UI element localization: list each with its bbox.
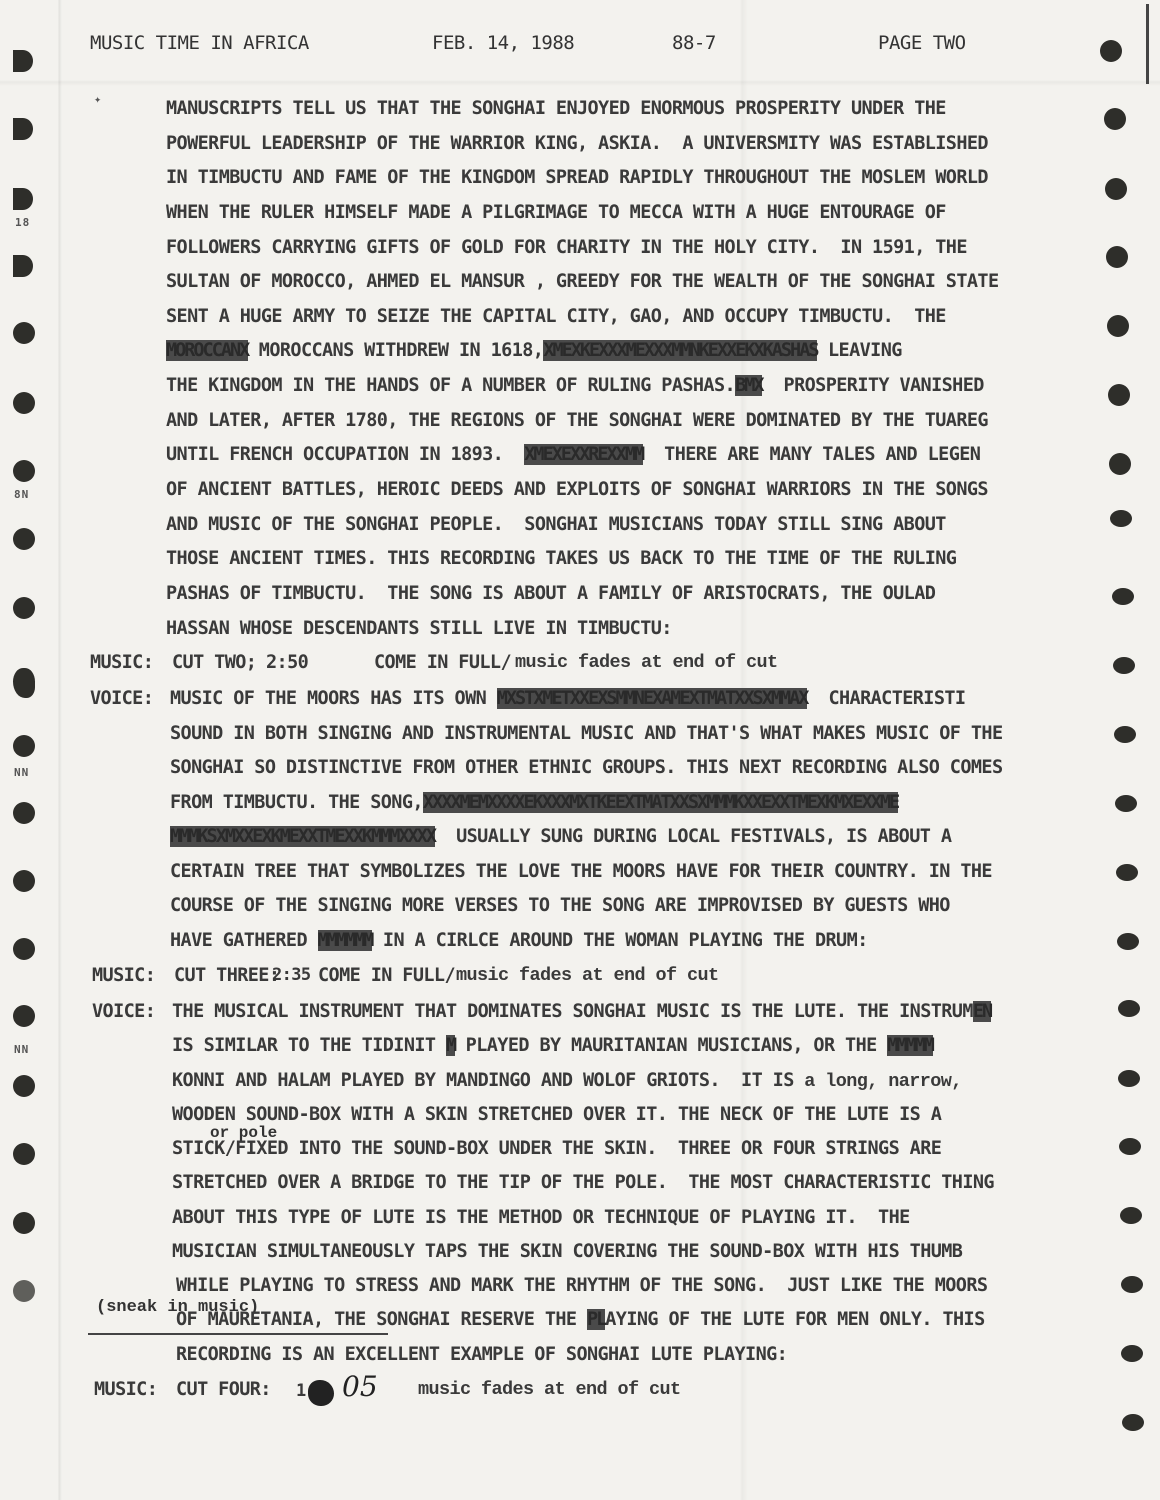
feed-hole-icon bbox=[1112, 588, 1134, 605]
script-line: CERTAIN TREE THAT SYMBOLIZES THE LOVE TH… bbox=[170, 861, 992, 882]
feed-hole-icon bbox=[1107, 315, 1129, 337]
struck-out-text: MOROCCANX bbox=[166, 340, 248, 361]
script-line: FOLLOWERS CARRYING GIFTS OF GOLD FOR CHA… bbox=[166, 237, 967, 258]
script-line: FROM TIMBUCTU. THE SONG,XXXXMEMXXXXEKXXX… bbox=[170, 792, 898, 813]
feed-hole-icon bbox=[1106, 246, 1128, 268]
script-line: UNTIL FRENCH OCCUPATION IN 1893. XMEXEXX… bbox=[166, 444, 980, 465]
feed-hole-icon bbox=[13, 668, 35, 698]
script-line: MMMKSXMXXEXKMEXXTMEXXKMMMXXXX USUALLY SU… bbox=[170, 826, 951, 847]
feed-hole-icon bbox=[1118, 1000, 1140, 1017]
feed-hole-icon bbox=[1115, 795, 1137, 812]
script-line: COURSE OF THE SINGING MORE VERSES TO THE… bbox=[170, 895, 950, 916]
stray-mark: ✦ bbox=[94, 92, 101, 107]
struck-out-text: M bbox=[446, 1035, 455, 1056]
feed-hole-icon bbox=[1109, 453, 1131, 475]
ink-blot bbox=[308, 1380, 334, 1406]
feed-hole-icon bbox=[1120, 1207, 1142, 1224]
script-line: SENT A HUGE ARMY TO SEIZE THE CAPITAL CI… bbox=[166, 306, 946, 327]
script-line: AND LATER, AFTER 1780, THE REGIONS OF TH… bbox=[166, 410, 988, 431]
script-line: IN TIMBUCTU AND FAME OF THE KINGDOM SPRE… bbox=[166, 167, 988, 188]
feed-hole-icon bbox=[1105, 178, 1127, 200]
script-line: STICK/FIXED INTO THE SOUND-BOX UNDER THE… bbox=[172, 1138, 941, 1159]
script-line: OF ANCIENT BATTLES, HEROIC DEEDS AND EXP… bbox=[166, 479, 988, 500]
feed-hole-icon bbox=[1116, 864, 1138, 881]
script-line: IS SIMILAR TO THE TIDINIT M PLAYED BY MA… bbox=[172, 1035, 933, 1056]
feed-hole-icon bbox=[13, 50, 33, 72]
feed-hole-icon bbox=[13, 188, 33, 210]
struck-out-text: MXSTXMETXXEXSMMNEXAMEXTMATXXSXMMAX bbox=[497, 688, 808, 709]
page-number: PAGE TWO bbox=[878, 32, 966, 54]
feed-hole-icon bbox=[1104, 108, 1126, 130]
feed-hole-icon bbox=[13, 118, 33, 140]
struck-out-text: XMEXKEXXXMEXXXMMNKEXXEKXKASHAS bbox=[543, 340, 817, 361]
struck-out-text: BMX bbox=[735, 375, 762, 396]
feed-hole-icon bbox=[1118, 1070, 1140, 1087]
cut-name: CUT FOUR: bbox=[176, 1379, 271, 1400]
feed-hole-icon bbox=[1119, 1138, 1141, 1155]
script-line: ABOUT THIS TYPE OF LUTE IS THE METHOD OR… bbox=[172, 1207, 910, 1228]
struck-out-text: MMMKSXMXXEXKMEXXTMEXXKMMMXXXX bbox=[170, 826, 435, 847]
feed-hole-icon bbox=[13, 1075, 35, 1097]
cue-note: music fades at end of cut bbox=[456, 965, 719, 986]
script-line: HAVE GATHERED MMMMMM IN A CIRLCE AROUND … bbox=[170, 930, 868, 951]
script-line: KONNI AND HALAM PLAYED BY MANDINGO AND W… bbox=[172, 1070, 962, 1092]
script-line: SOUND IN BOTH SINGING AND INSTRUMENTAL M… bbox=[170, 723, 1003, 744]
struck-out-text: EN bbox=[973, 1001, 991, 1022]
script-line: SONGHAI SO DISTINCTIVE FROM OTHER ETHNIC… bbox=[170, 757, 1003, 778]
feed-hole-icon bbox=[13, 802, 35, 824]
feed-hole-icon bbox=[1122, 1414, 1144, 1431]
feed-hole-icon bbox=[1121, 1345, 1143, 1362]
feed-hole-icon bbox=[13, 1005, 35, 1027]
cut-name: CUT THREE: bbox=[174, 965, 279, 986]
feed-hole-icon bbox=[13, 1280, 35, 1302]
episode-number: 88-7 bbox=[672, 32, 716, 54]
script-line: AND MUSIC OF THE SONGHAI PEOPLE. SONGHAI… bbox=[166, 514, 946, 535]
script-line: MUSIC OF THE MOORS HAS ITS OWN MXSTXMETX… bbox=[170, 688, 965, 709]
script-line: THE MUSICAL INSTRUMENT THAT DOMINATES SO… bbox=[172, 1001, 991, 1022]
feed-hole-icon bbox=[1100, 40, 1122, 62]
feed-hole-icon bbox=[13, 255, 33, 277]
cue-label: MUSIC: bbox=[94, 1379, 157, 1400]
feed-hole-icon bbox=[13, 1143, 35, 1165]
script-line: WHILE PLAYING TO STRESS AND MARK THE RHY… bbox=[176, 1275, 987, 1296]
feed-hole-icon bbox=[1108, 384, 1130, 406]
struck-out-text: XMEXEXXREXXMM bbox=[524, 444, 643, 465]
handwritten-underline bbox=[88, 1333, 388, 1335]
margin-mark: 8N bbox=[14, 488, 29, 501]
struck-out-text: XXXXMEMXXXXEKXXXMXTKEEXTMATXXSXMMMKXXEXX… bbox=[423, 792, 898, 813]
script-line: MUSICIAN SIMULTANEOUSLY TAPS THE SKIN CO… bbox=[172, 1241, 962, 1262]
cue-label: MUSIC: bbox=[92, 965, 155, 986]
broadcast-date: FEB. 14, 1988 bbox=[432, 32, 574, 54]
feed-hole-icon bbox=[13, 322, 35, 344]
voice-label: VOICE: bbox=[92, 1001, 155, 1022]
script-line: RECORDING IS AN EXCELLENT EXAMPLE OF SON… bbox=[176, 1344, 787, 1365]
script-line: MANUSCRIPTS TELL US THAT THE SONGHAI ENJ… bbox=[166, 98, 946, 119]
feed-hole-icon bbox=[13, 870, 35, 892]
script-line: THOSE ANCIENT TIMES. THIS RECORDING TAKE… bbox=[166, 548, 956, 569]
feed-hole-icon bbox=[1110, 510, 1132, 527]
script-line: SULTAN OF MOROCCO, AHMED EL MANSUR , GRE… bbox=[166, 271, 999, 292]
script-line: STRETCHED OVER A BRIDGE TO THE TIP OF TH… bbox=[172, 1172, 994, 1193]
struck-out-text: PL bbox=[587, 1309, 605, 1330]
cue-instruction: COME IN FULL/ bbox=[374, 652, 511, 673]
scanned-page: 18 8N NN NN ✦ MUSIC TIME IN AFRICA FEB. … bbox=[0, 0, 1160, 1500]
struck-out-text: MMMMMM bbox=[318, 930, 373, 951]
feed-hole-icon bbox=[1113, 657, 1135, 674]
cut-duration-prefix: 1 bbox=[296, 1381, 306, 1401]
cue-instruction: COME IN FULL/ bbox=[318, 965, 455, 986]
script-line: OF MAURETANIA, THE SONGHAI RESERVE THE P… bbox=[176, 1309, 985, 1330]
feed-hole-icon bbox=[13, 597, 35, 619]
feed-hole-icon bbox=[13, 460, 35, 482]
feed-hole-icon bbox=[13, 392, 35, 414]
feed-hole-icon bbox=[13, 735, 35, 757]
program-title: MUSIC TIME IN AFRICA bbox=[90, 32, 309, 54]
feed-hole-icon bbox=[13, 938, 35, 960]
script-line: HASSAN WHOSE DESCENDANTS STILL LIVE IN T… bbox=[166, 618, 672, 639]
script-line: WHEN THE RULER HIMSELF MADE A PILGRIMAGE… bbox=[166, 202, 946, 223]
feed-hole-icon bbox=[13, 528, 35, 550]
script-line: MOROCCANX MOROCCANS WITHDREW IN 1618,XME… bbox=[166, 340, 902, 361]
script-line: THE KINGDOM IN THE HANDS OF A NUMBER OF … bbox=[166, 375, 984, 396]
cue-label: MUSIC: bbox=[90, 652, 153, 673]
cue-note: music fades at end of cut bbox=[515, 652, 778, 673]
voice-label: VOICE: bbox=[90, 688, 153, 709]
script-line: POWERFUL LEADERSHIP OF THE WARRIOR KING,… bbox=[166, 133, 988, 154]
cut-duration: 2:50 bbox=[266, 652, 308, 673]
script-line: PASHAS OF TIMBUCTU. THE SONG IS ABOUT A … bbox=[166, 583, 935, 604]
cut-duration: 2:35 bbox=[272, 965, 311, 985]
page-edge-rule bbox=[1146, 4, 1149, 84]
margin-mark: 18 bbox=[15, 216, 30, 229]
feed-hole-icon bbox=[1117, 933, 1139, 950]
cut-name: CUT TWO; bbox=[172, 652, 256, 673]
feed-hole-icon bbox=[1121, 1276, 1143, 1293]
feed-hole-icon bbox=[13, 1212, 35, 1234]
script-line: WOODEN SOUND-BOX WITH A SKIN STRETCHED O… bbox=[172, 1104, 941, 1125]
handwritten-duration: 05 bbox=[342, 1370, 378, 1403]
margin-mark: NN bbox=[14, 1043, 29, 1056]
feed-hole-icon bbox=[1114, 726, 1136, 743]
cue-note: music fades at end of cut bbox=[418, 1379, 681, 1400]
struck-out-text: MMMMM bbox=[887, 1035, 933, 1056]
margin-mark: NN bbox=[14, 766, 29, 779]
